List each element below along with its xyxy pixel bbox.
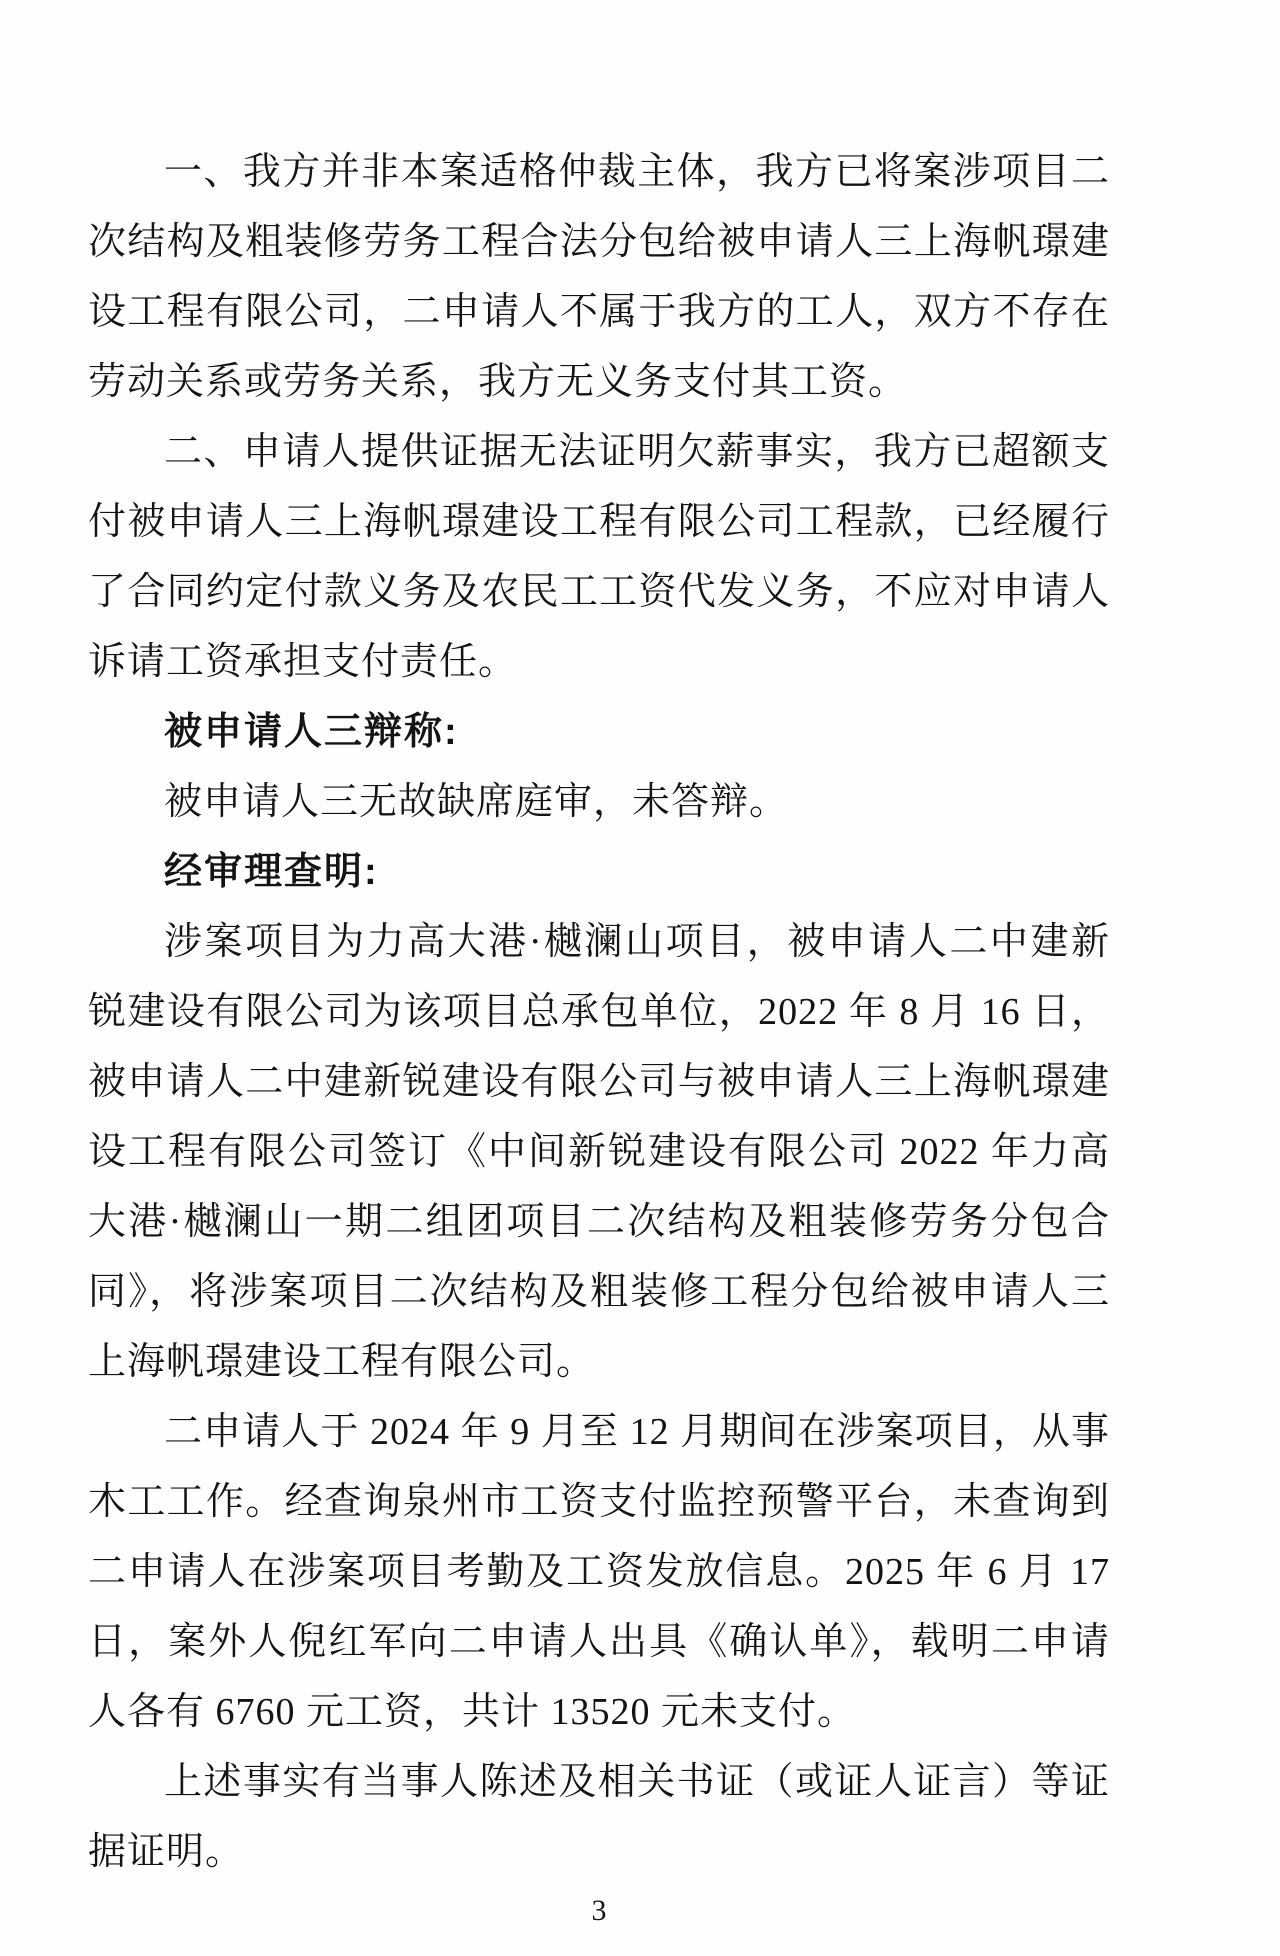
paragraph: 上述事实有当事人陈述及相关书证（或证人证言）等证据证明。 <box>88 1747 1110 1887</box>
page-number: 3 <box>592 1894 607 1927</box>
paragraph: 被申请人三无故缺席庭审，未答辩。 <box>88 767 1110 837</box>
paragraph: 二、申请人提供证据无法证明欠薪事实，我方已超额支付被申请人三上海帆璟建设工程有限… <box>88 417 1110 697</box>
page-footer: 3 <box>88 1893 1110 1929</box>
section-heading: 被申请人三辩称: <box>88 697 1110 767</box>
document-page: 一、我方并非本案适格仲裁主体，我方已将案涉项目二次结构及粗装修劳务工程合法分包给… <box>0 0 1280 1956</box>
paragraph: 一、我方并非本案适格仲裁主体，我方已将案涉项目二次结构及粗装修劳务工程合法分包给… <box>88 137 1110 417</box>
paragraph: 二申请人于 2024 年 9 月至 12 月期间在涉案项目，从事木工工作。经查询… <box>88 1397 1110 1747</box>
section-heading: 经审理查明: <box>88 837 1110 907</box>
paragraph: 涉案项目为力高大港·樾澜山项目，被申请人二中建新锐建设有限公司为该项目总承包单位… <box>88 907 1110 1397</box>
document-body: 一、我方并非本案适格仲裁主体，我方已将案涉项目二次结构及粗装修劳务工程合法分包给… <box>88 137 1110 1887</box>
